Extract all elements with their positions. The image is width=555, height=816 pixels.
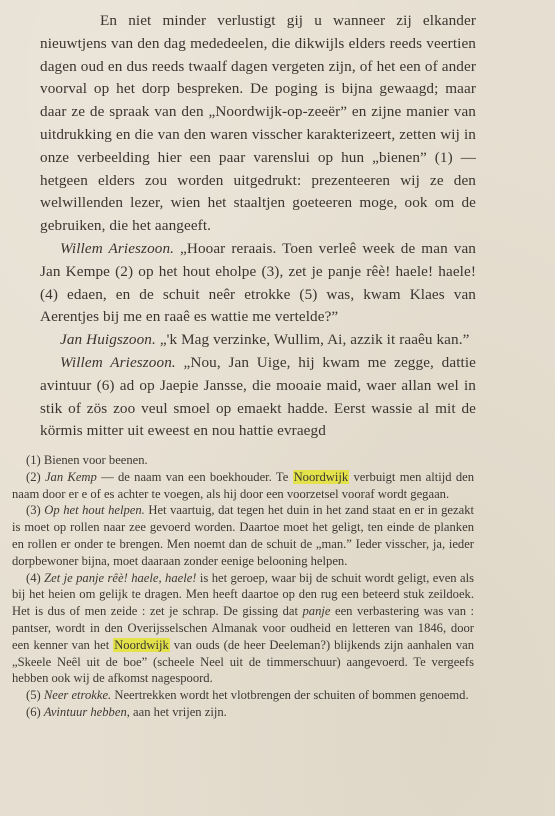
main-text: En niet minder verlustigt gij u wanneer … (40, 10, 476, 443)
speaker-name: Willem Arieszoon. (60, 240, 174, 257)
footnote-term: Neer etrokke. (44, 688, 111, 702)
footnote-text: Neertrekken wordt het vlotbrengen der sc… (111, 688, 468, 702)
scanned-book-page: En niet minder verlustigt gij u wanneer … (0, 0, 555, 816)
footnote-number: (3) (26, 503, 41, 517)
footnote-1: (1) Bienen voor beenen. (12, 452, 474, 469)
footnote-2: (2) Jan Kemp — de naam van een boekhoude… (12, 469, 474, 503)
footnote-text: — de naam van een boekhouder. Te (97, 470, 293, 484)
footnote-text: , aan het vrijen zijn. (127, 705, 227, 719)
dialogue-line-2: Jan Huigszoon. „'k Mag verzinke, Wullim,… (40, 329, 476, 352)
footnote-3: (3) Op het hout helpen. Het vaartuig, da… (12, 502, 474, 569)
footnote-text: Bienen voor beenen. (44, 453, 148, 467)
dialogue-line-3: Willem Arieszoon. „Nou, Jan Uige, hij kw… (40, 352, 476, 443)
speaker-name: Willem Arieszoon. (60, 354, 176, 371)
footnote-number: (6) (26, 705, 41, 719)
footnote-term: Op het hout helpen. (44, 503, 145, 517)
footnote-number: (2) (26, 470, 41, 484)
footnote-number: (1) (26, 453, 41, 467)
intro-paragraph: En niet minder verlustigt gij u wanneer … (40, 10, 476, 238)
footnote-number: (5) (26, 688, 41, 702)
footnote-term: panje (302, 604, 330, 618)
footnote-6: (6) Avintuur hebben, aan het vrijen zijn… (12, 704, 474, 721)
dialogue-line-1: Willem Arieszoon. „Hooar reraais. Toen v… (40, 238, 476, 329)
search-highlight: Noordwijk (293, 470, 350, 484)
footnote-term: Jan Kemp (45, 470, 97, 484)
footnote-number: (4) (26, 571, 41, 585)
speaker-name: Jan Huigszoon. (60, 331, 156, 348)
footnote-4: (4) Zet je panje rêè! haele, haele! is h… (12, 570, 474, 688)
footnotes: (1) Bienen voor beenen. (2) Jan Kemp — d… (12, 452, 474, 721)
footnote-term: Avintuur hebben (44, 705, 127, 719)
footnote-term: Zet je panje rêè! haele, haele! (44, 571, 196, 585)
footnote-5: (5) Neer etrokke. Neertrekken wordt het … (12, 687, 474, 704)
search-highlight: Noordwijk (113, 638, 170, 652)
dialogue-text: „'k Mag verzinke, Wullim, Ai, azzik it r… (160, 331, 470, 348)
